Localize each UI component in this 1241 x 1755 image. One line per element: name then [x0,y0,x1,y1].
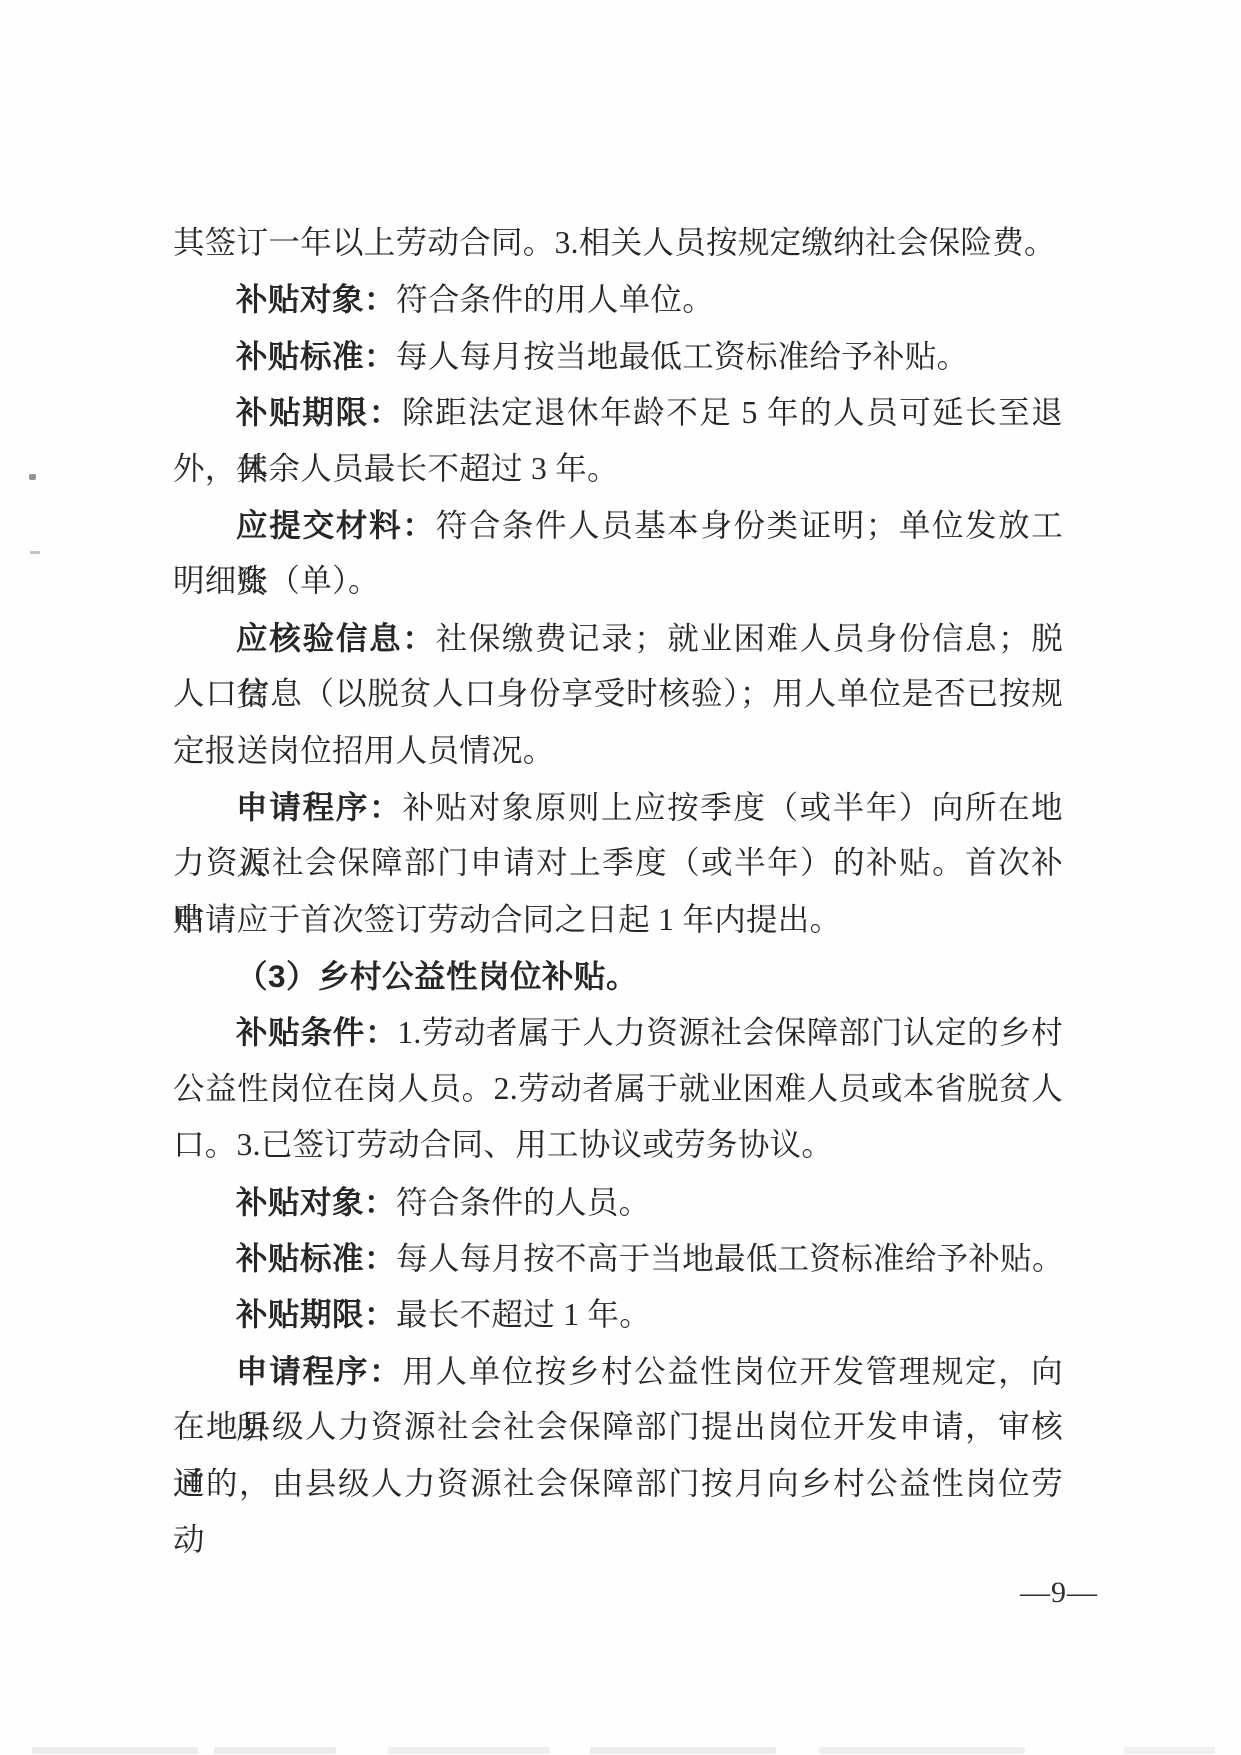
text-line: （3）乡村公益性岗位补贴。 [173,948,1063,1004]
text-run: 每人每月按不高于当地最低工资标准给予补贴。 [396,1241,1064,1276]
text-run: 符合条件的人员。 [396,1185,650,1220]
scanned-document-page: 其签订一年以上劳动合同。3.相关人员按规定缴纳社会保险费。补贴对象：符合条件的用… [0,0,1241,1755]
bold-label: 补贴标准： [236,1240,396,1276]
text-line: 过的，由县级人力资源社会保障部门按月向乡村公益性岗位劳动 [173,1456,1063,1512]
text-line: 补贴标准：每人每月按当地最低工资标准给予补贴。 [173,328,1063,384]
document-text-block: 其签订一年以上劳动合同。3.相关人员按规定缴纳社会保险费。补贴对象：符合条件的用… [173,215,1063,1512]
text-line: 补贴期限：最长不超过 1 年。 [173,1286,1063,1342]
text-line: 人口信息（以脱贫人口身份享受时核验）；用人单位是否已按规 [173,666,1063,722]
scan-speck-artifact [29,474,36,480]
text-line: 补贴对象：符合条件的人员。 [173,1174,1063,1230]
scan-edge-artifact [388,1747,550,1754]
text-line: 其签订一年以上劳动合同。3.相关人员按规定缴纳社会保险费。 [173,215,1063,271]
scan-edge-artifact [819,1747,1025,1754]
bold-label: 应提交材料： [236,507,436,543]
text-line: 明细账（单）。 [173,553,1063,609]
text-line: 补贴期限：除距法定退休年龄不足 5 年的人员可延长至退休 [173,384,1063,440]
bold-label: 应核验信息： [236,620,436,656]
text-run: 最长不超过 1 年。 [396,1297,651,1332]
bold-label: 补贴对象： [236,281,396,317]
bold-label: 补贴期限： [236,394,402,430]
text-run: 公益性岗位在岗人员。2.劳动者属于就业困难人员或本省脱贫人 [173,1071,1063,1106]
text-run: 人口信息（以脱贫人口身份享受时核验）；用人单位是否已按规 [173,676,1063,711]
text-line: 口。3.已签订劳动合同、用工协议或劳务协议。 [173,1117,1063,1173]
text-run: 申请应于首次签订劳动合同之日起 1 年内提出。 [173,902,841,937]
text-line: 申请应于首次签订劳动合同之日起 1 年内提出。 [173,892,1063,948]
text-run: 其签订一年以上劳动合同。3.相关人员按规定缴纳社会保险费。 [173,225,1056,260]
text-line: 补贴标准：每人每月按不高于当地最低工资标准给予补贴。 [173,1230,1063,1286]
text-line: 应提交材料：符合条件人员基本身份类证明；单位发放工资 [173,497,1063,553]
bold-label: 补贴对象： [236,1184,396,1220]
scan-speck-artifact [30,551,40,554]
scan-edge-artifact [590,1747,776,1754]
text-line: 申请程序：用人单位按乡村公益性岗位开发管理规定，向所 [173,1343,1063,1399]
text-line: 应核验信息：社保缴费记录；就业困难人员身份信息；脱贫 [173,610,1063,666]
text-line: 外，其余人员最长不超过 3 年。 [173,441,1063,497]
bold-label: 申请程序： [236,1353,402,1389]
text-run: 口。3.已签订劳动合同、用工协议或劳务协议。 [173,1127,833,1162]
bold-label: 补贴期限： [236,1296,396,1332]
text-line: 补贴条件：1.劳动者属于人力资源社会保障部门认定的乡村 [173,1004,1063,1060]
text-run: 过的，由县级人力资源社会保障部门按月向乡村公益性岗位劳动 [173,1466,1063,1557]
page-number: —9— [1014,1575,1104,1611]
text-run: 符合条件的用人单位。 [396,282,714,317]
bold-label: （3）乡村公益性岗位补贴。 [236,958,638,994]
text-line: 申请程序：补贴对象原则上应按季度（或半年）向所在地人 [173,779,1063,835]
text-line: 公益性岗位在岗人员。2.劳动者属于就业困难人员或本省脱贫人 [173,1061,1063,1117]
bold-label: 补贴标准： [236,338,396,374]
text-run: 明细账（单）。 [173,563,380,598]
text-run: 1.劳动者属于人力资源社会保障部门认定的乡村 [397,1015,1063,1050]
text-line: 补贴对象：符合条件的用人单位。 [173,271,1063,327]
bold-label: 补贴条件： [236,1014,397,1050]
text-line: 定报送岗位招用人员情况。 [173,723,1063,779]
text-run: 外，其余人员最长不超过 3 年。 [173,451,619,486]
text-run: 每人每月按当地最低工资标准给予补贴。 [396,339,968,374]
text-run: 定报送岗位招用人员情况。 [173,733,555,768]
text-line: 力资源社会保障部门申请对上季度（或半年）的补贴。首次补贴 [173,835,1063,891]
bold-label: 申请程序： [236,789,402,825]
scan-edge-artifact [32,1747,198,1754]
text-line: 在地县级人力资源社会社会保障部门提出岗位开发申请，审核通 [173,1399,1063,1455]
scan-edge-artifact [1124,1747,1215,1754]
scan-edge-artifact [214,1747,336,1754]
